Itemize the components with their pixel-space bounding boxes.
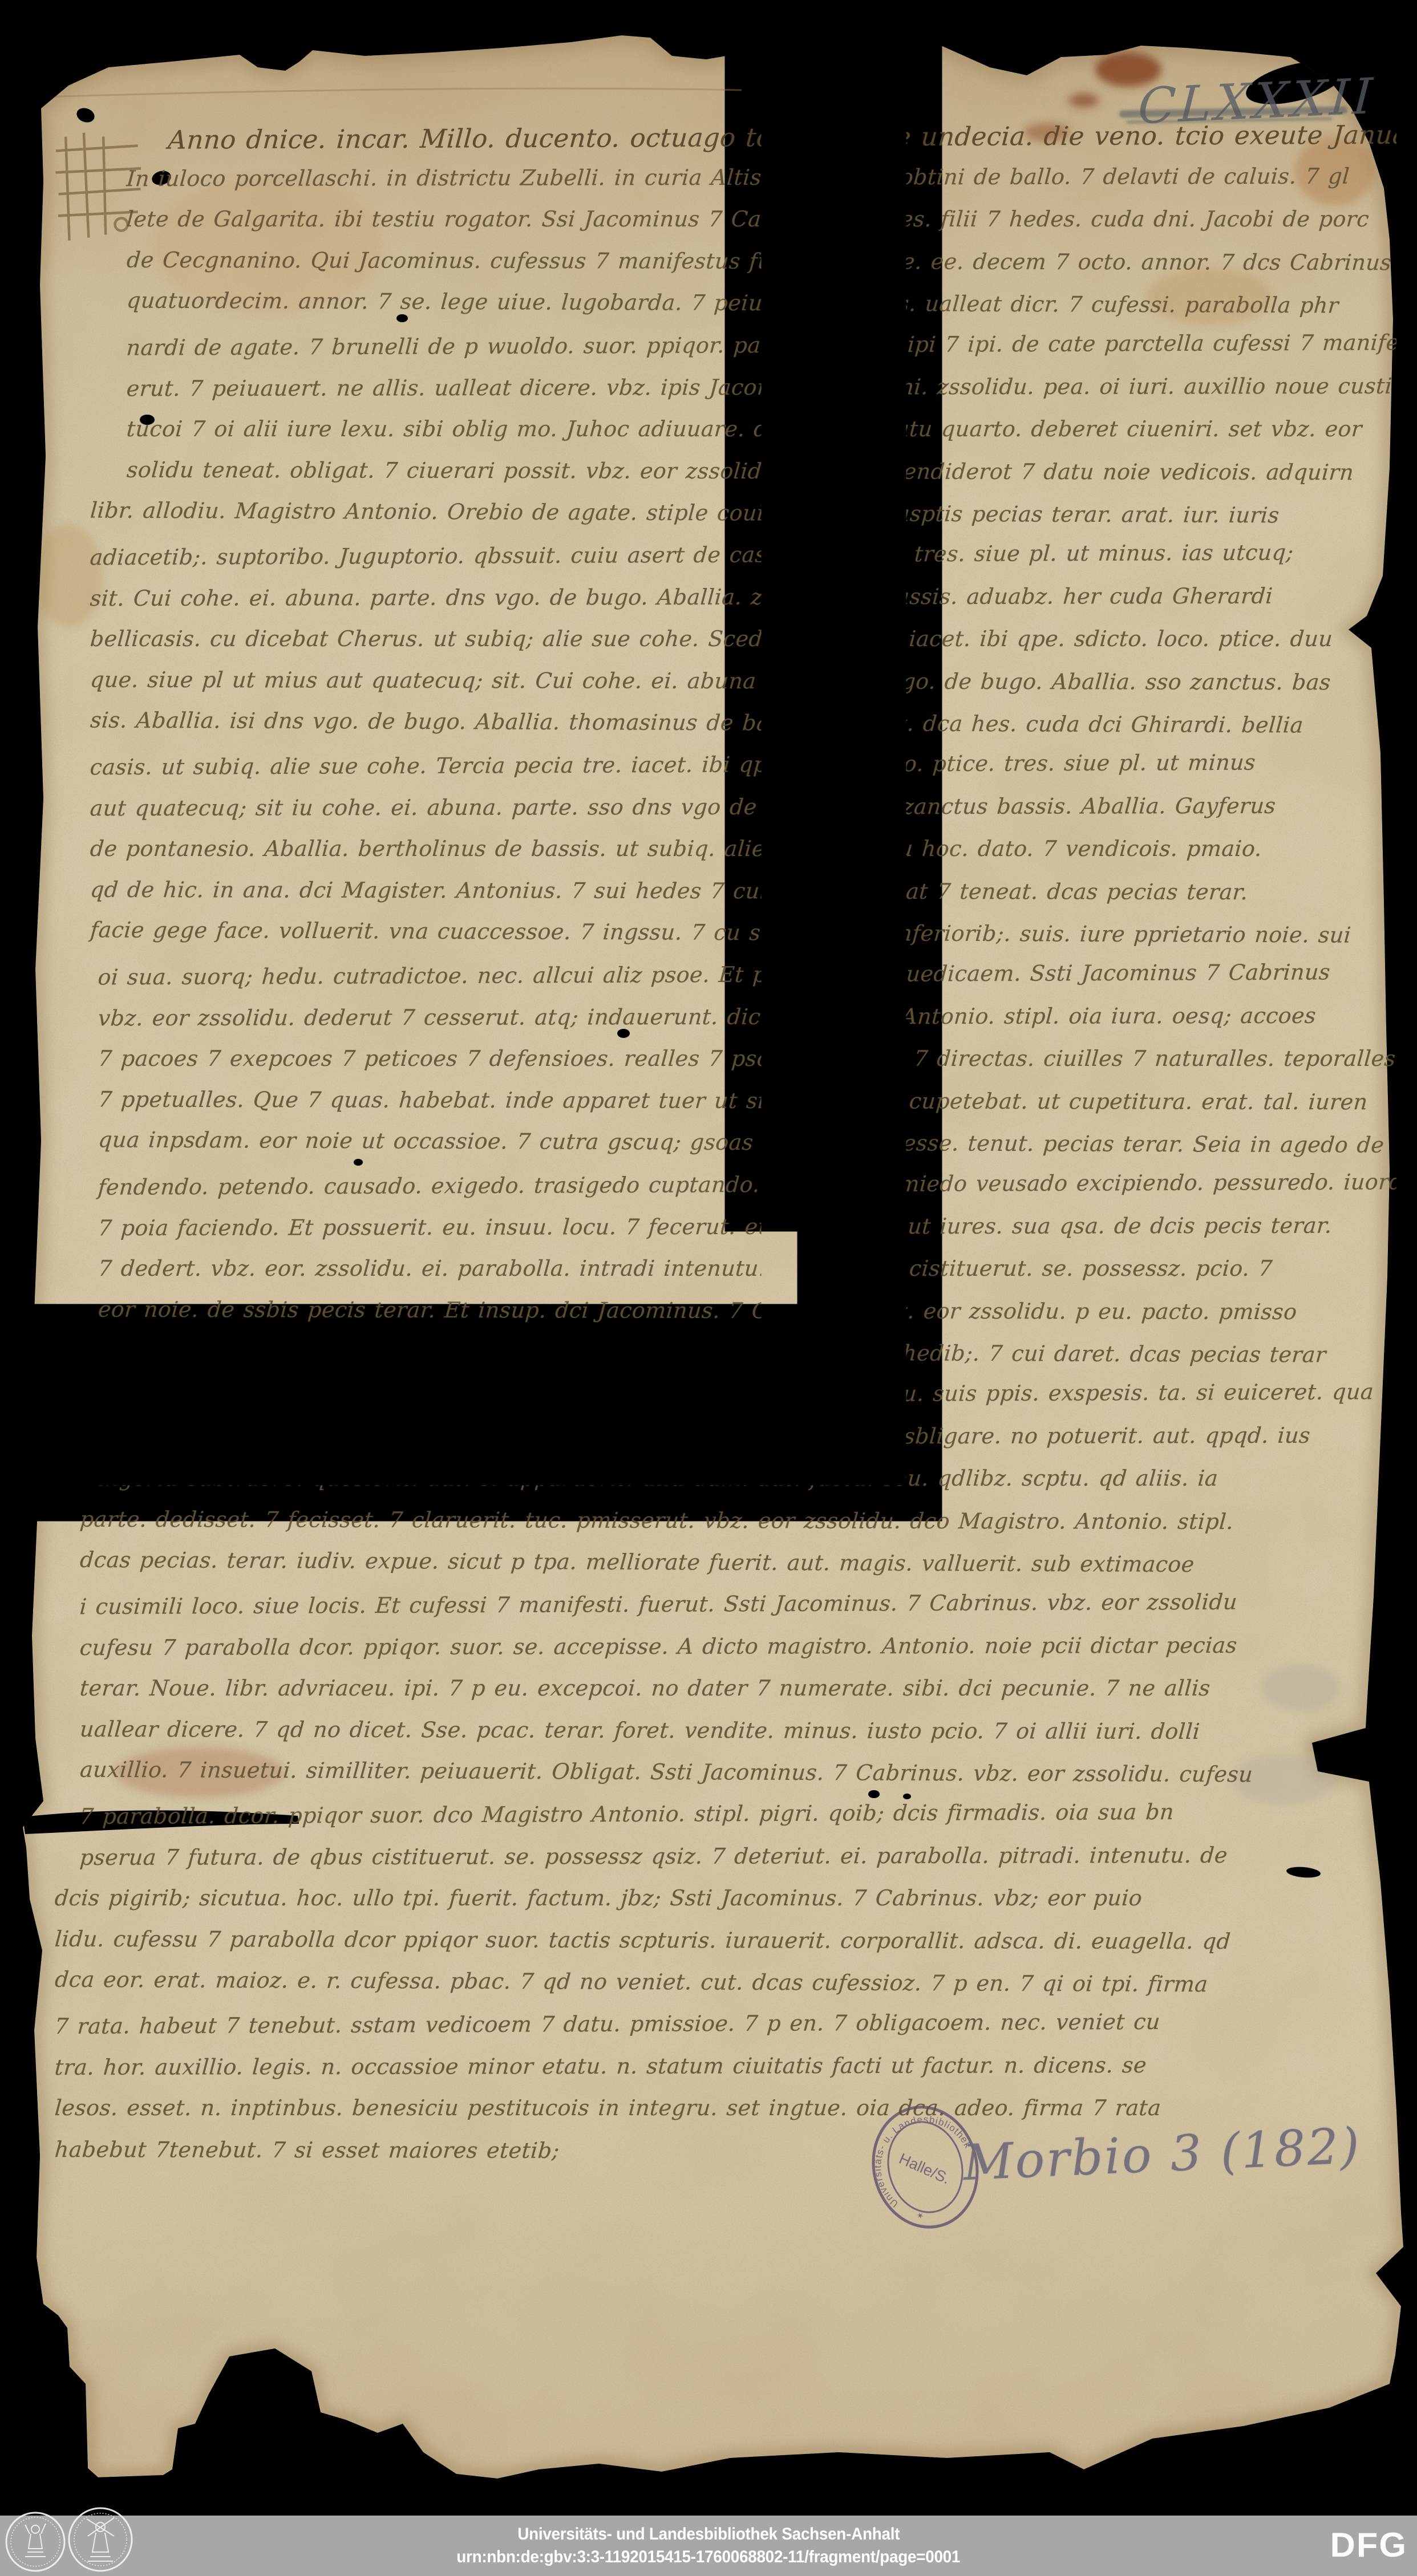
manuscript-line: vbz. eor zssolidu. dederut 7 cesserut. a… (98, 1004, 1317, 1028)
manuscript-line: erut. 7 peiuauert. ne allis. ualleat dic… (126, 375, 1393, 399)
manuscript-line: bellicasis. cu dicebat Cherus. ut subiq;… (90, 628, 1334, 650)
university-seals (2, 2504, 145, 2576)
manuscript-line: solidu teneat. obligat. 7 ciuerari possi… (126, 459, 1355, 484)
manuscript-line: qd de hic. in ana. dci Magister. Antoniu… (90, 879, 1249, 903)
manuscript-line: auxillio. 7 insuetui. similliter. peiuau… (79, 1759, 1254, 1786)
manuscript-line: In iuloco porcellaschi. in districtu Zub… (126, 165, 1350, 189)
manuscript-line: parte. dedisset. 7 fecisset. 7 claruerit… (79, 1508, 1234, 1532)
manuscript-line: sit. Cui cohe. ei. abuna. parte. dns vgo… (90, 585, 1274, 608)
manuscript-line: fendendo. petendo. causado. exigedo. tra… (97, 1171, 1396, 1198)
manuscript-line: i cusimili loco. siue locis. Et cufessi … (79, 1591, 1238, 1617)
manuscript-line: lidu. cufessu 7 parabolla dcor ppiqor su… (54, 1928, 1232, 1952)
manuscript-line: 7 rata. habeut 7 tenebut. sstam vedicoem… (54, 2011, 1161, 2037)
footer-bar: Universitäts- und Landesbibliothek Sachs… (0, 2516, 1417, 2576)
manuscript-line: lesos. esset. n. inptinbus. benesiciu pe… (54, 2097, 1162, 2119)
manuscript-line: adiacetib;. suptoribo. Juguptorio. qbssu… (89, 542, 1294, 569)
manuscript-line: 7 ppetualles. Que 7 quas. habebat. inde … (98, 1088, 1369, 1113)
manuscript-line: ab oi psoa. defendere. 7 desbligare. Ex … (97, 1381, 1374, 1407)
manuscript-line: dcas pecias. terar. iudiv. expue. sicut … (79, 1549, 1195, 1575)
manuscript-line: casis. ut subiq. alie sue cohe. Tercia p… (89, 752, 1256, 778)
manuscript-line: 7 dedert. vbz. eor. zssolidu. ei. parabo… (98, 1257, 1273, 1279)
manuscript-line: eor noie. de ssbis pecis terar. Et insup… (98, 1299, 1298, 1323)
manuscript-line: uallear dicere. 7 qd no dicet. Sse. pcac… (79, 1718, 1201, 1742)
manuscript-line: aut quatecuq; sit iu cohe. ei. abuna. pa… (90, 794, 1277, 818)
manuscript-line: libr. allodiu. Magistro Antonio. Orebio … (90, 500, 1280, 526)
university-seal-left (6, 2513, 64, 2571)
university-seal-right (69, 2508, 132, 2571)
manuscript-line: que. siue pl ut mius aut quatecuq; sit. … (90, 669, 1331, 693)
manuscript-line: facie gege face. volluerit. vna cuaccess… (90, 919, 1352, 946)
manuscript-line: pserua 7 futura. de qbus cistituerut. se… (79, 1844, 1229, 1868)
manuscript-line: dca eor. erat. maioz. e. r. cufessa. pba… (54, 1969, 1209, 1995)
library-name: Universitäts- und Landesbibliothek Sachs… (517, 2526, 900, 2543)
manuscript-line: de pontanesio. Aballia. bertholinus de b… (90, 838, 1263, 859)
manuscript-line: 7 poia faciendo. Et possuerit. eu. insuu… (98, 1214, 1333, 1239)
manuscript-line: habebut 7tenebut. 7 si esset maiores ete… (54, 2139, 560, 2161)
manuscript-line: sis. Aballia. isi dns vgo. de bugo. Abal… (90, 709, 1304, 736)
manuscript-lines: Anno dnice. incar. Millo. ducento. octua… (0, 0, 1396, 2498)
urn-identifier: urn:nbn:de:gbv:3:3-1192015415-1760068802… (457, 2549, 961, 2566)
manuscript-line: tucoi 7 oi alii iure lexu. sibi oblig mo… (126, 418, 1363, 440)
manuscript-line: cufesu 7 parabolla dcor. ppiqor. suor. s… (79, 1634, 1238, 1658)
manuscript-line: ingeriu subtraere. quesierit. aut. si ap… (98, 1467, 1219, 1489)
manuscript-line: quatuordecim. annor. 7 se. lege uiue. lu… (126, 290, 1339, 317)
manuscript-line: 7 pacoes 7 exepcoes 7 peticoes 7 defensi… (98, 1048, 1396, 1069)
manuscript-line: 7 parabolla. dcor. ppiqor suor. dco Magi… (79, 1801, 1175, 1827)
manuscript-line: oi sua. suorq; hedu. cutradictoe. nec. a… (97, 961, 1331, 988)
crossed-shelfmark: CLXXXII (1136, 68, 1377, 136)
manuscript-line: dcis pigirib; sicutua. hoc. ullo tpi. fu… (54, 1887, 1143, 1909)
manuscript-line: lete de Galgarita. ibi testiu rogator. S… (126, 208, 1370, 230)
manuscript-line: qua inpsdam. eor noie ut occassioe. 7 cu… (98, 1129, 1385, 1156)
dfg-logo: DFG (1330, 2528, 1407, 2562)
manuscript-line: terar. Noue. libr. advriaceu. ipi. 7 p e… (79, 1677, 1211, 1699)
manuscript-line: nardi de agate. 7 brunelli de p wuoldo. … (125, 331, 1396, 359)
manuscript-line: ab initio. eam. sub pea. dupli. dcar pec… (98, 1424, 1311, 1448)
manuscript-line: tra. hor. auxillio. legis. n. occassioe … (54, 2054, 1148, 2078)
digitized-manuscript-page: Universitäts- u. Landesbibliothek Halle/… (0, 0, 1417, 2576)
manuscript-line: iura. pmisserut. pse 7 suos hedes. ssto … (98, 1339, 1327, 1366)
manuscript-line: de Cecgnanino. Qui Jacominus. cufessus 7… (126, 249, 1392, 273)
